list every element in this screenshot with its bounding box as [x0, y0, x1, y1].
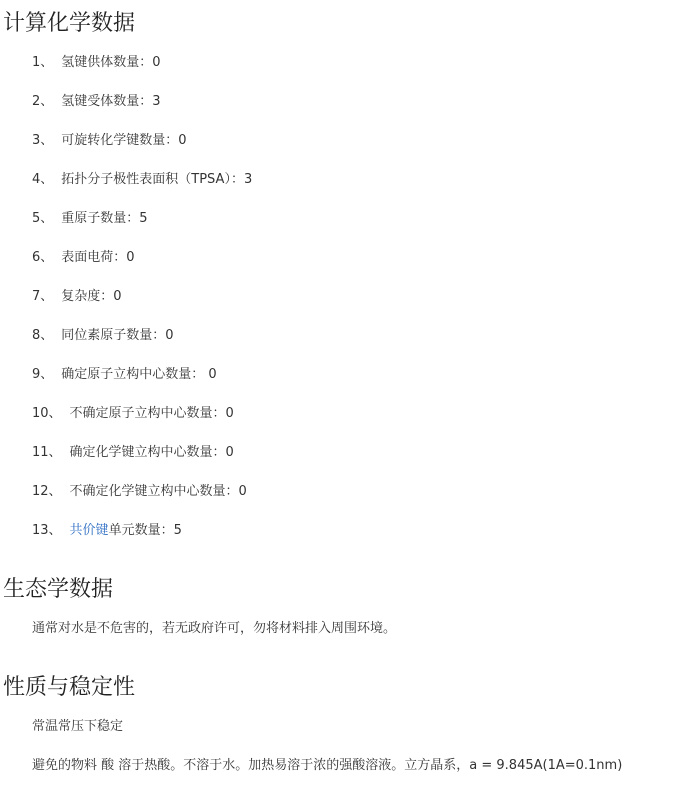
section-title-computed-chemistry: 计算化学数据	[3, 10, 135, 38]
ecology-text: 通常对水是不危害的，若无政府许可，勿将材料排入周围环境。	[32, 620, 396, 638]
list-item: 4、拓扑分子极性表面积（TPSA）：3	[32, 171, 252, 189]
list-item: 7、复杂度：0	[32, 288, 122, 306]
list-item-number: 5、	[32, 210, 53, 228]
list-item-label: 表面电荷：0	[61, 250, 134, 265]
avoid-materials-text: 避免的物料 酸 溶于热酸。不溶于水。加热易溶于浓的强酸溶液。立方晶系，a = 9…	[32, 757, 622, 775]
list-item-label: 确定原子立构中心数量： 0	[61, 367, 216, 382]
list-item: 13、共价键单元数量：5	[32, 522, 182, 540]
list-item-label: 不确定化学键立构中心数量：0	[70, 484, 247, 499]
list-item-label: 氢键供体数量：0	[61, 55, 160, 70]
list-item-number: 2、	[32, 93, 53, 111]
list-item-label: 可旋转化学键数量：0	[61, 133, 186, 148]
list-item-number: 11、	[32, 444, 62, 462]
list-item-label: 单元数量：5	[109, 523, 182, 538]
list-item-label: 复杂度：0	[61, 289, 121, 304]
list-item: 6、表面电荷：0	[32, 249, 135, 267]
stability-text: 常温常压下稳定	[32, 718, 123, 736]
list-item: 12、不确定化学键立构中心数量：0	[32, 483, 247, 501]
list-item-label: 同位素原子数量：0	[61, 328, 173, 343]
list-item-label: 不确定原子立构中心数量：0	[70, 406, 234, 421]
list-item-label: 拓扑分子极性表面积（TPSA）：3	[61, 172, 252, 187]
list-item: 10、不确定原子立构中心数量：0	[32, 405, 234, 423]
list-item: 5、重原子数量：5	[32, 210, 148, 228]
list-item: 9、确定原子立构中心数量： 0	[32, 366, 217, 384]
list-item-number: 12、	[32, 483, 62, 501]
list-item-number: 8、	[32, 327, 53, 345]
list-item-label: 氢键受体数量：3	[61, 94, 160, 109]
list-item-number: 9、	[32, 366, 53, 384]
list-item: 2、氢键受体数量：3	[32, 93, 161, 111]
list-item-number: 10、	[32, 405, 62, 423]
list-item-number: 4、	[32, 171, 53, 189]
covalent-bond-link[interactable]: 共价键	[70, 523, 109, 538]
list-item: 3、可旋转化学键数量：0	[32, 132, 187, 150]
list-item-label: 重原子数量：5	[61, 211, 147, 226]
section-title-stability: 性质与稳定性	[3, 674, 135, 702]
list-item-label: 确定化学键立构中心数量：0	[70, 445, 234, 460]
section-title-ecology: 生态学数据	[3, 576, 113, 604]
list-item: 1、氢键供体数量：0	[32, 54, 161, 72]
list-item-number: 3、	[32, 132, 53, 150]
list-item-number: 6、	[32, 249, 53, 267]
list-item-number: 1、	[32, 54, 53, 72]
list-item-number: 7、	[32, 288, 53, 306]
list-item: 11、确定化学键立构中心数量：0	[32, 444, 234, 462]
list-item-number: 13、	[32, 522, 62, 540]
list-item: 8、同位素原子数量：0	[32, 327, 174, 345]
